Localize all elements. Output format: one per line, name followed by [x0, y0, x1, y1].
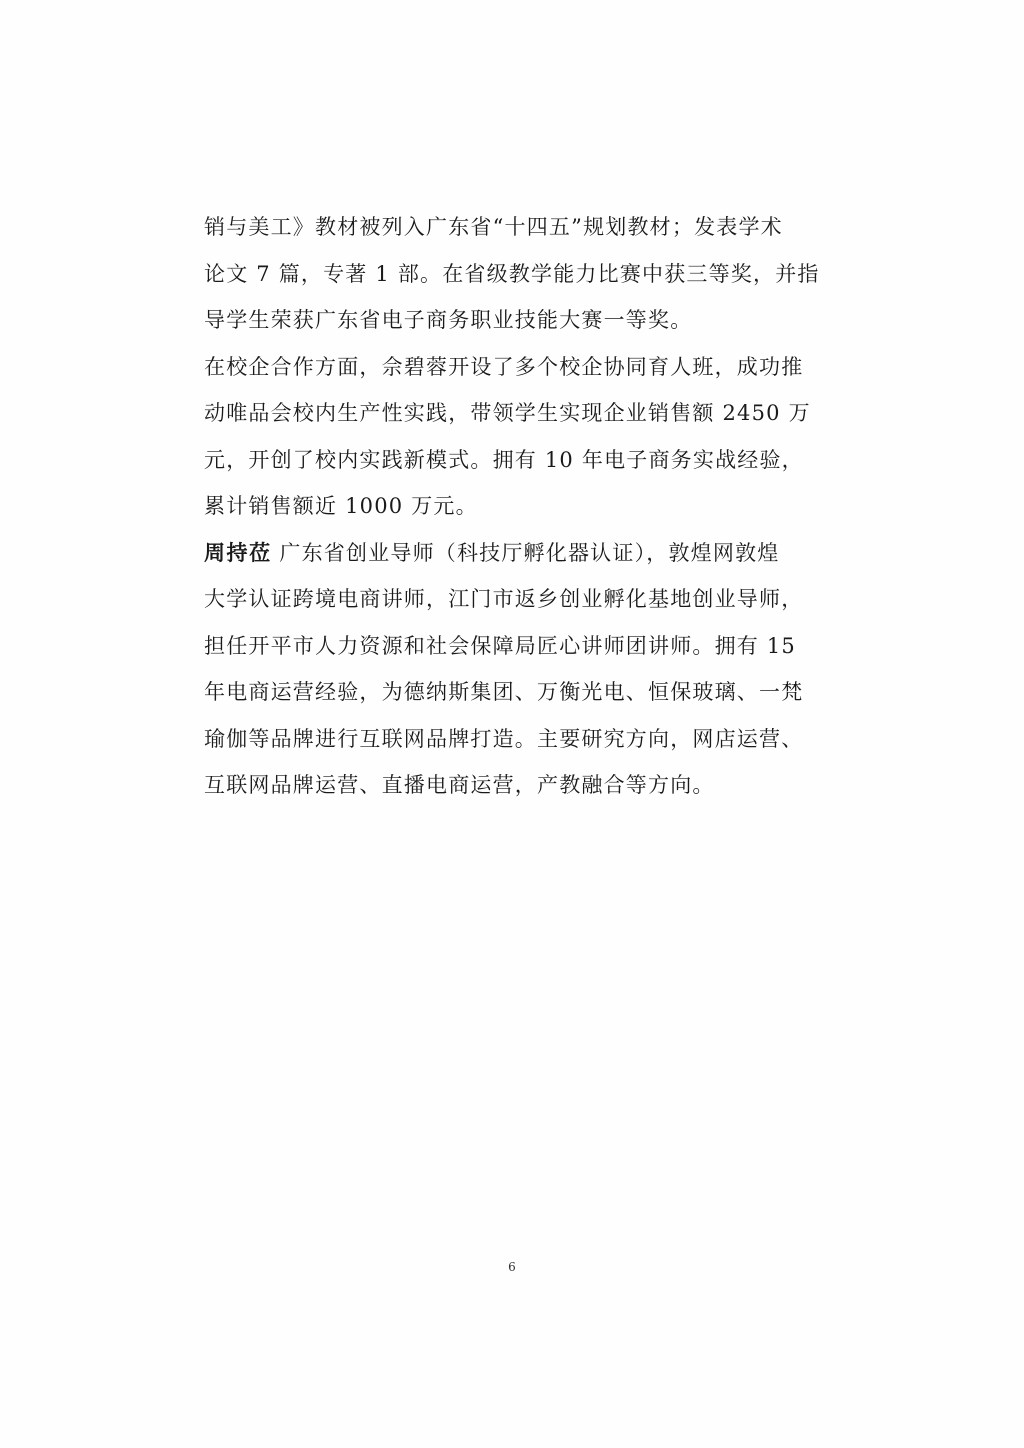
person-name: 周持莅	[204, 541, 272, 565]
body-text: 销与美工》教材被列入广东省“十四五”规划教材；发表学术 论文 7 篇，专著 1 …	[204, 207, 826, 812]
text-line: 瑜伽等品牌进行互联网品牌打造。主要研究方向，网店运营、	[204, 719, 826, 766]
text-line-with-name: 周持莅 广东省创业导师（科技厅孵化器认证），敦煌网敦煌	[204, 533, 826, 580]
text-line: 担任开平市人力资源和社会保障局匠心讲师团讲师。拥有 15	[204, 626, 826, 673]
text-line: 导学生荣获广东省电子商务职业技能大赛一等奖。	[204, 300, 826, 347]
text-line: 在校企合作方面，佘碧蓉开设了多个校企协同育人班，成功推	[204, 347, 826, 394]
text-line: 论文 7 篇，专著 1 部。在省级教学能力比赛中获三等奖，并指	[204, 254, 826, 301]
page-number: 6	[0, 1260, 1024, 1274]
document-page: 销与美工》教材被列入广东省“十四五”规划教材；发表学术 论文 7 篇，专著 1 …	[0, 0, 1024, 1448]
text-line: 销与美工》教材被列入广东省“十四五”规划教材；发表学术	[204, 207, 826, 254]
text-line-rest: 广东省创业导师（科技厅孵化器认证），敦煌网敦煌	[272, 541, 780, 565]
text-line: 动唯品会校内生产性实践，带领学生实现企业销售额 2450 万	[204, 393, 826, 440]
text-line: 互联网品牌运营、直播电商运营，产教融合等方向。	[204, 765, 826, 812]
text-line: 年电商运营经验，为德纳斯集团、万衡光电、恒保玻璃、一梵	[204, 672, 826, 719]
text-line: 累计销售额近 1000 万元。	[204, 486, 826, 533]
text-line: 元，开创了校内实践新模式。拥有 10 年电子商务实战经验，	[204, 440, 826, 487]
text-line: 大学认证跨境电商讲师，江门市返乡创业孵化基地创业导师，	[204, 579, 826, 626]
